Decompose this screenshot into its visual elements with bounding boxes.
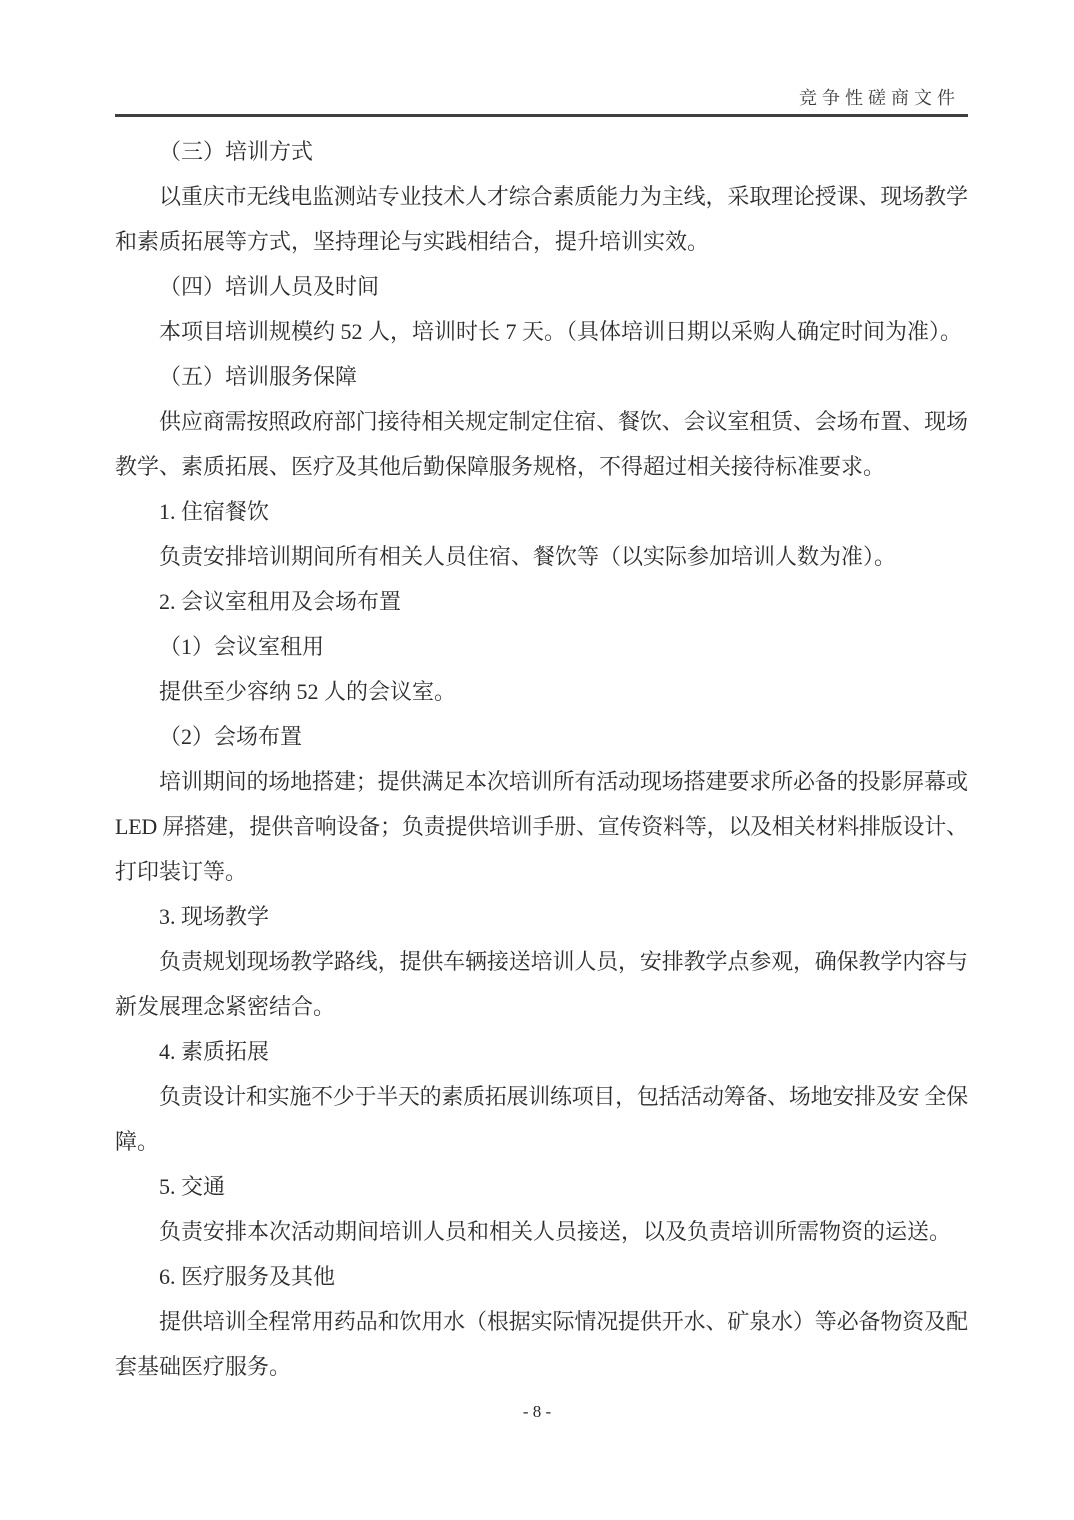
text-line: 4. 素质拓展 [115, 1029, 968, 1074]
text-line: 和素质拓展等方式，坚持理论与实践相结合，提升培训实效。 [115, 219, 968, 264]
text-line-content: 1. 住宿餐饮 [159, 489, 269, 534]
text-line: 2. 会议室租用及会场布置 [115, 579, 968, 624]
text-line-content: 套基础医疗服务。 [115, 1344, 291, 1389]
text-line: 负责设计和实施不少于半天的素质拓展训练项目，包括活动筹备、场地安排及安 全保 [115, 1074, 968, 1119]
text-line-content: （四）培训人员及时间 [159, 264, 379, 309]
text-line-content: 本项目培训规模约 52 人，培训时长 7 天。（具体培训日期以采购人确定时间为准… [159, 309, 962, 354]
text-line-content: 供应商需按照政府部门接待相关规定制定住宿、餐饮、会议室租赁、会场布置、现场 [159, 399, 968, 444]
text-line-content: 2. 会议室租用及会场布置 [159, 579, 401, 624]
text-line: 教学、素质拓展、医疗及其他后勤保障服务规格，不得超过相关接待标准要求。 [115, 444, 968, 489]
text-line-content: （2）会场布置 [159, 714, 302, 759]
text-line-content: 打印装订等。 [115, 849, 247, 894]
text-line-content: 负责安排本次活动期间培训人员和相关人员接送，以及负责培训所需物资的运送。 [159, 1209, 951, 1254]
text-line: 6. 医疗服务及其他 [115, 1254, 968, 1299]
text-line-content: 以重庆市无线电监测站专业技术人才综合素质能力为主线，采取理论授课、现场教学 [159, 174, 968, 219]
text-line-content: 负责规划现场教学路线，提供车辆接送培训人员，安排教学点参观，确保教学内容与 [159, 939, 968, 984]
text-line: （五）培训服务保障 [115, 354, 968, 399]
text-line: 5. 交通 [115, 1164, 968, 1209]
text-line: 1. 住宿餐饮 [115, 489, 968, 534]
page-number: - 8 - [523, 1402, 551, 1421]
text-line: 打印装订等。 [115, 849, 968, 894]
text-line: （三）培训方式 [115, 129, 968, 174]
text-line: 3. 现场教学 [115, 894, 968, 939]
text-line-content: LED 屏搭建，提供音响设备；负责提供培训手册、宣传资料等，以及相关材料排版设计… [115, 804, 968, 849]
text-line-content: （五）培训服务保障 [159, 354, 357, 399]
text-line: （1）会议室租用 [115, 624, 968, 669]
text-line: 提供培训全程常用药品和饮用水（根据实际情况提供开水、矿泉水）等必备物资及配 [115, 1299, 968, 1344]
text-line: 负责安排本次活动期间培训人员和相关人员接送，以及负责培训所需物资的运送。 [115, 1209, 968, 1254]
text-line: 以重庆市无线电监测站专业技术人才综合素质能力为主线，采取理论授课、现场教学 [115, 174, 968, 219]
text-line: 负责规划现场教学路线，提供车辆接送培训人员，安排教学点参观，确保教学内容与 [115, 939, 968, 984]
text-line: 负责安排培训期间所有相关人员住宿、餐饮等（以实际参加培训人数为准）。 [115, 534, 968, 579]
text-line-content: （1）会议室租用 [159, 624, 324, 669]
document-body: （三）培训方式以重庆市无线电监测站专业技术人才综合素质能力为主线，采取理论授课、… [115, 129, 968, 1389]
text-line: 本项目培训规模约 52 人，培训时长 7 天。（具体培训日期以采购人确定时间为准… [115, 309, 968, 354]
text-line-content: 障。 [115, 1119, 159, 1164]
header-rule [115, 114, 968, 117]
text-line-content: 负责设计和实施不少于半天的素质拓展训练项目，包括活动筹备、场地安排及安 全保 [159, 1074, 968, 1119]
document-page: 竞争性磋商文件 （三）培训方式以重庆市无线电监测站专业技术人才综合素质能力为主线… [0, 0, 1074, 1520]
page-header: 竞争性磋商文件 [115, 84, 968, 110]
text-line: 培训期间的场地搭建；提供满足本次培训所有活动现场搭建要求所必备的投影屏幕或 [115, 759, 968, 804]
text-line: 障。 [115, 1119, 968, 1164]
header-title: 竞争性磋商文件 [799, 88, 960, 108]
text-line-content: 提供培训全程常用药品和饮用水（根据实际情况提供开水、矿泉水）等必备物资及配 [159, 1299, 968, 1344]
text-line: 供应商需按照政府部门接待相关规定制定住宿、餐饮、会议室租赁、会场布置、现场 [115, 399, 968, 444]
text-line-content: 3. 现场教学 [159, 894, 269, 939]
text-line: （2）会场布置 [115, 714, 968, 759]
page-footer: - 8 - [0, 1402, 1074, 1422]
text-line-content: 新发展理念紧密结合。 [115, 984, 335, 1029]
text-line-content: 和素质拓展等方式，坚持理论与实践相结合，提升培训实效。 [115, 219, 709, 264]
text-line: 套基础医疗服务。 [115, 1344, 968, 1389]
text-line: 提供至少容纳 52 人的会议室。 [115, 669, 968, 714]
text-line-content: 提供至少容纳 52 人的会议室。 [159, 669, 456, 714]
text-line-content: 培训期间的场地搭建；提供满足本次培训所有活动现场搭建要求所必备的投影屏幕或 [159, 759, 968, 804]
text-line-content: 负责安排培训期间所有相关人员住宿、餐饮等（以实际参加培训人数为准）。 [159, 534, 896, 579]
text-line-content: 教学、素质拓展、医疗及其他后勤保障服务规格，不得超过相关接待标准要求。 [115, 444, 885, 489]
text-line-content: 6. 医疗服务及其他 [159, 1254, 335, 1299]
text-line: （四）培训人员及时间 [115, 264, 968, 309]
text-line-content: （三）培训方式 [159, 129, 313, 174]
text-line: 新发展理念紧密结合。 [115, 984, 968, 1029]
text-line-content: 5. 交通 [159, 1164, 225, 1209]
text-line-content: 4. 素质拓展 [159, 1029, 269, 1074]
text-line: LED 屏搭建，提供音响设备；负责提供培训手册、宣传资料等，以及相关材料排版设计… [115, 804, 968, 849]
